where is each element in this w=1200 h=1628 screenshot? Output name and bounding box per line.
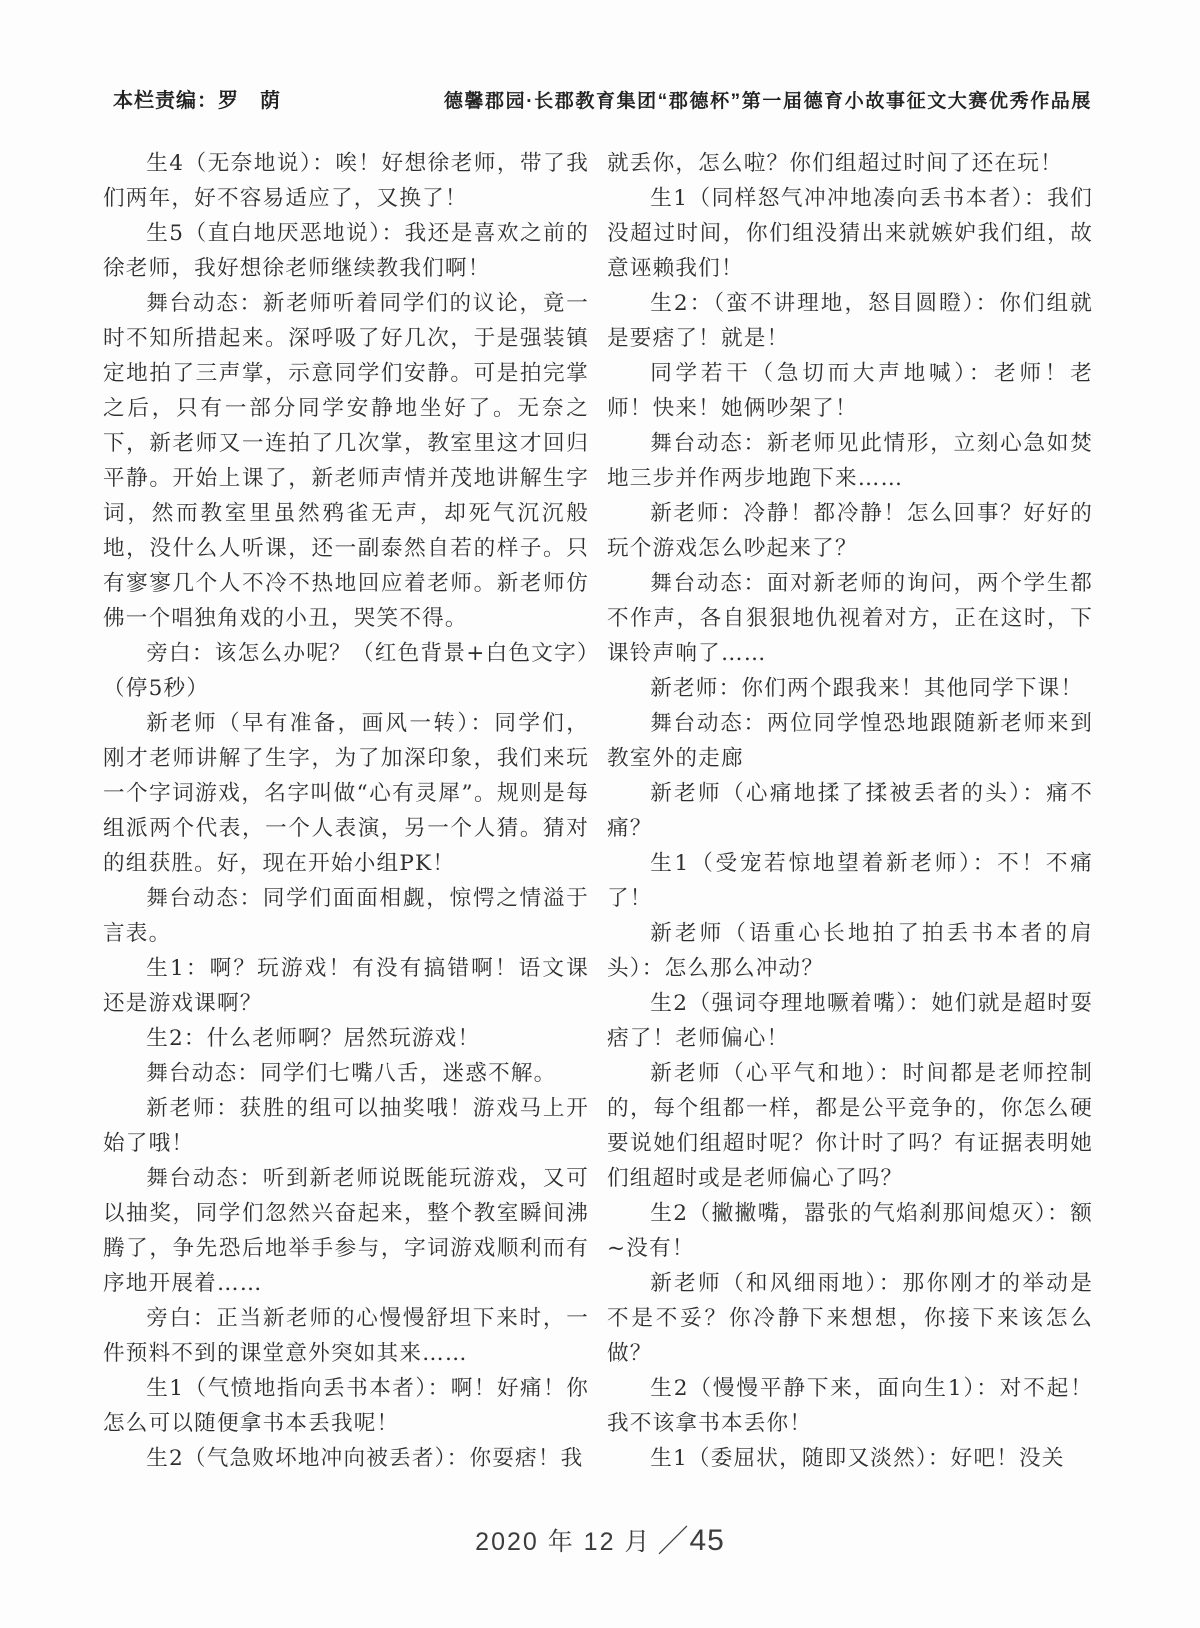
script-paragraph: 舞台动态：新老师听着同学们的议论，竟一时不知所措起来。深呼吸了好几次，于是强装镇…: [103, 286, 589, 636]
header-banner: 德馨郡园·长郡教育集团“郡德杯”第一届德育小故事征文大赛优秀作品展: [444, 86, 1092, 113]
script-paragraph: 新老师（心平气和地）：时间都是老师控制的，每个组都一样，都是公平竞争的，你怎么硬…: [607, 1056, 1093, 1196]
script-paragraph: 就丢你，怎么啦？你们组超过时间了还在玩！: [607, 146, 1093, 181]
script-paragraph: 生1（受宠若惊地望着新老师）：不！不痛了！: [607, 846, 1093, 916]
script-paragraph: 新老师（语重心长地拍了拍丢书本者的肩头）：怎么那么冲动？: [607, 916, 1093, 986]
script-paragraph: 生2（撇撇嘴，嚣张的气焰刹那间熄灭）：额~没有！: [607, 1196, 1093, 1266]
footer-date: 2020 年 12 月: [475, 1528, 651, 1556]
script-paragraph: 生1（同样怒气冲冲地凑向丢书本者）：我们没超过时间，你们组没猜出来就嫉妒我们组，…: [607, 181, 1093, 286]
script-paragraph: 生1（气愤地指向丢书本者）：啊！好痛！你怎么可以随便拿书本丢我呢！: [103, 1371, 589, 1441]
script-paragraph: 生5（直白地厌恶地说）：我还是喜欢之前的徐老师，我好想徐老师继续教我们啊！: [103, 216, 589, 286]
right-column: 就丢你，怎么啦？你们组超过时间了还在玩！生1（同样怒气冲冲地凑向丢书本者）：我们…: [607, 146, 1093, 1476]
script-body: 生4（无奈地说）：唉！好想徐老师，带了我们两年，好不容易适应了，又换了！生5（直…: [103, 146, 1093, 1476]
footer-page-number: 45: [689, 1524, 724, 1557]
script-paragraph: 生2（强词夺理地噘着嘴）：她们就是超时耍痞了！老师偏心！: [607, 986, 1093, 1056]
left-column: 生4（无奈地说）：唉！好想徐老师，带了我们两年，好不容易适应了，又换了！生5（直…: [103, 146, 589, 1476]
script-paragraph: 新老师：冷静！都冷静！怎么回事？好好的玩个游戏怎么吵起来了？: [607, 496, 1093, 566]
column-editor-label: 本栏责编：罗 荫: [113, 84, 281, 113]
script-paragraph: 舞台动态：听到新老师说既能玩游戏，又可以抽奖，同学们忽然兴奋起来，整个教室瞬间沸…: [103, 1161, 589, 1301]
script-paragraph: 新老师（心痛地揉了揉被丢者的头）：痛不痛？: [607, 776, 1093, 846]
script-paragraph: 新老师（早有准备，画风一转）：同学们，刚才老师讲解了生字，为了加深印象，我们来玩…: [103, 706, 589, 881]
script-paragraph: 生2：（蛮不讲理地，怒目圆瞪）：你们组就是要痞了！就是！: [607, 286, 1093, 356]
script-paragraph: 新老师：你们两个跟我来！其他同学下课！: [607, 671, 1093, 706]
page-footer: 2020 年 12 月／45: [0, 1516, 1200, 1561]
script-paragraph: 新老师（和风细雨地）：那你刚才的举动是不是不妥？你冷静下来想想，你接下来该怎么做…: [607, 1266, 1093, 1371]
script-paragraph: 生1（委屈状，随即又淡然）：好吧！没关: [607, 1441, 1093, 1476]
script-paragraph: 生2（慢慢平静下来，面向生1）：对不起！我不该拿书本丢你！: [607, 1371, 1093, 1441]
script-paragraph: 旁白：该怎么办呢？（红色背景+白色文字）（停5秒）: [103, 636, 589, 706]
script-paragraph: 舞台动态：两位同学惶恐地跟随新老师来到教室外的走廊: [607, 706, 1093, 776]
footer-slash: ／: [657, 1516, 688, 1561]
script-paragraph: 舞台动态：面对新老师的询问，两个学生都不作声，各自狠狠地仇视着对方，正在这时，下…: [607, 566, 1093, 671]
script-paragraph: 新老师：获胜的组可以抽奖哦！游戏马上开始了哦！: [103, 1091, 589, 1161]
script-paragraph: 生4（无奈地说）：唉！好想徐老师，带了我们两年，好不容易适应了，又换了！: [103, 146, 589, 216]
script-paragraph: 舞台动态：同学们七嘴八舌，迷惑不解。: [103, 1056, 589, 1091]
script-paragraph: 生2（气急败坏地冲向被丢者）：你耍痞！我: [103, 1441, 589, 1476]
page-header: 本栏责编：罗 荫 德馨郡园·长郡教育集团“郡德杯”第一届德育小故事征文大赛优秀作…: [113, 84, 1092, 113]
script-paragraph: 舞台动态：新老师见此情形，立刻心急如焚地三步并作两步地跑下来……: [607, 426, 1093, 496]
script-paragraph: 同学若干（急切而大声地喊）：老师！老师！快来！她俩吵架了！: [607, 356, 1093, 426]
script-paragraph: 旁白：正当新老师的心慢慢舒坦下来时，一件预料不到的课堂意外突如其来……: [103, 1301, 589, 1371]
script-paragraph: 生1：啊？玩游戏！有没有搞错啊！语文课还是游戏课啊？: [103, 951, 589, 1021]
script-paragraph: 生2：什么老师啊？居然玩游戏！: [103, 1021, 589, 1056]
script-paragraph: 舞台动态：同学们面面相觑，惊愕之情溢于言表。: [103, 881, 589, 951]
magazine-page: 本栏责编：罗 荫 德馨郡园·长郡教育集团“郡德杯”第一届德育小故事征文大赛优秀作…: [0, 0, 1200, 1628]
